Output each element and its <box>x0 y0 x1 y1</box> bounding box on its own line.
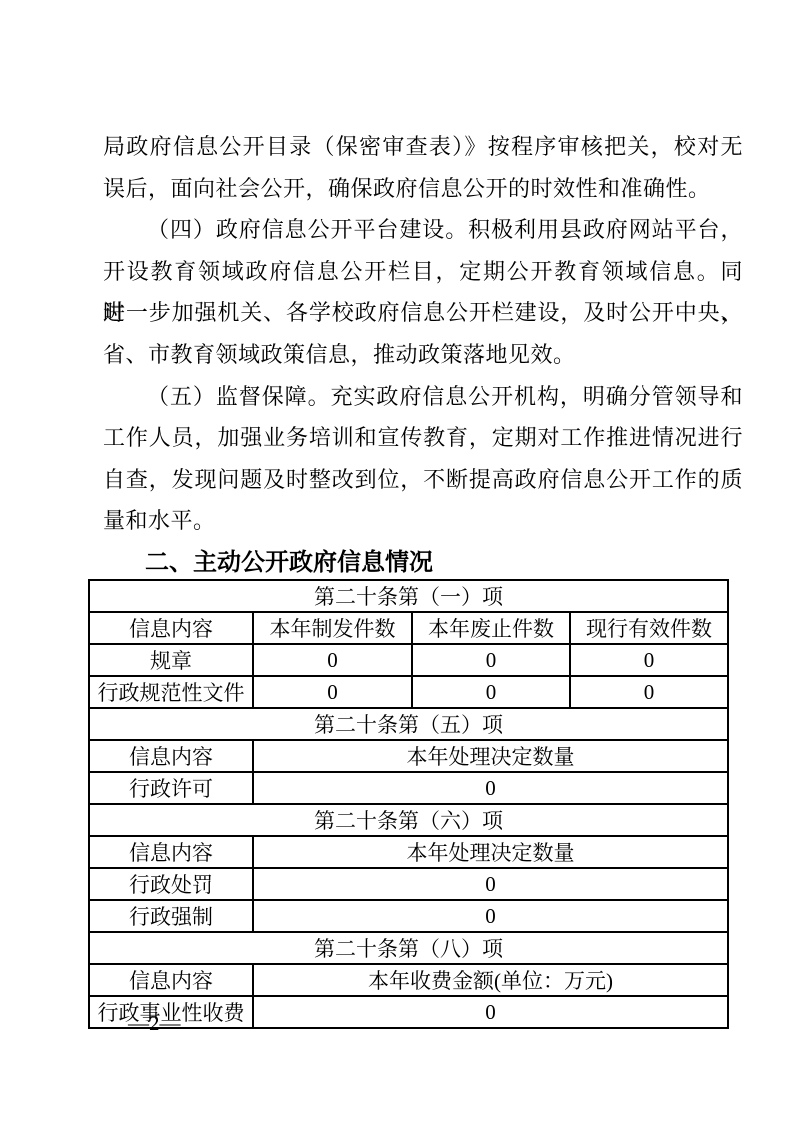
document-page: { "document": { "body_lines": [ "局政府信息公开… <box>0 0 793 1122</box>
body-line: 局政府信息公开目录（保密审查表）》按程序审核把关，校对无 <box>103 126 743 168</box>
table-row: 行政许可 0 <box>89 772 728 804</box>
table-header-row: 信息内容 本年处理决定数量 <box>89 836 728 868</box>
body-line: 省、市教育领域政策信息，推动政策落地见效。 <box>103 334 743 376</box>
table-section-title-row: 第二十条第（一）项 <box>89 580 728 612</box>
row-label: 行政强制 <box>89 900 253 932</box>
row-label: 行政规范性文件 <box>89 676 253 708</box>
body-line: 误后，面向社会公开，确保政府信息公开的时效性和准确性。 <box>103 168 743 210</box>
table-cell: 0 <box>253 900 728 932</box>
table-section-title-row: 第二十条第（八）项 <box>89 932 728 964</box>
statistics-table: 第二十条第（一）项 信息内容 本年制发件数 本年废止件数 现行有效件数 规章 0… <box>88 579 729 1029</box>
section-title: 第二十条第（六）项 <box>89 804 728 836</box>
table-cell: 0 <box>253 772 728 804</box>
row-label: 行政许可 <box>89 772 253 804</box>
table-row: 规章 0 0 0 <box>89 644 728 676</box>
table-header-row: 信息内容 本年制发件数 本年废止件数 现行有效件数 <box>89 612 728 644</box>
body-line: 开设教育领域政府信息公开栏目，定期公开教育领域信息。同时， <box>103 251 743 293</box>
table-cell: 0 <box>412 644 570 676</box>
body-line: （四）政府信息公开平台建设。积极利用县政府网站平台， <box>103 209 743 251</box>
column-header: 本年收费金额(单位：万元) <box>253 964 728 996</box>
table-section-title-row: 第二十条第（六）项 <box>89 804 728 836</box>
table-cell: 0 <box>253 996 728 1028</box>
table-cell: 0 <box>570 644 728 676</box>
body-line: 工作人员，加强业务培训和宣传教育，定期对工作推进情况进行 <box>103 417 743 459</box>
column-header: 信息内容 <box>89 836 253 868</box>
body-line: 自查，发现问题及时整改到位，不断提高政府信息公开工作的质 <box>103 459 743 501</box>
section-heading: 二、主动公开政府信息情况 <box>103 542 743 584</box>
column-header: 本年处理决定数量 <box>253 836 728 868</box>
row-label: 规章 <box>89 644 253 676</box>
table-cell: 0 <box>253 644 412 676</box>
section-title: 第二十条第（一）项 <box>89 580 728 612</box>
table-cell: 0 <box>412 676 570 708</box>
column-header: 本年制发件数 <box>253 612 412 644</box>
column-header: 信息内容 <box>89 964 253 996</box>
section-title: 第二十条第（八）项 <box>89 932 728 964</box>
column-header: 现行有效件数 <box>570 612 728 644</box>
table-cell: 0 <box>253 868 728 900</box>
row-label: 行政处罚 <box>89 868 253 900</box>
table-row: 行政事业性收费 0 <box>89 996 728 1028</box>
table-row: 行政处罚 0 <box>89 868 728 900</box>
body-text-block: 局政府信息公开目录（保密审查表）》按程序审核把关，校对无 误后，面向社会公开，确… <box>103 126 743 584</box>
page-number: —2— <box>128 1011 181 1035</box>
column-header: 本年处理决定数量 <box>253 740 728 772</box>
body-line: （五）监督保障。充实政府信息公开机构，明确分管领导和 <box>103 376 743 418</box>
column-header: 信息内容 <box>89 740 253 772</box>
table-section-title-row: 第二十条第（五）项 <box>89 708 728 740</box>
table-header-row: 信息内容 本年处理决定数量 <box>89 740 728 772</box>
table-row: 行政强制 0 <box>89 900 728 932</box>
body-line: 量和水平。 <box>103 500 743 542</box>
section-title: 第二十条第（五）项 <box>89 708 728 740</box>
column-header: 信息内容 <box>89 612 253 644</box>
table-cell: 0 <box>253 676 412 708</box>
body-line: 进一步加强机关、各学校政府信息公开栏建设，及时公开中央、 <box>103 292 743 334</box>
table-header-row: 信息内容 本年收费金额(单位：万元) <box>89 964 728 996</box>
column-header: 本年废止件数 <box>412 612 570 644</box>
table-row: 行政规范性文件 0 0 0 <box>89 676 728 708</box>
table-cell: 0 <box>570 676 728 708</box>
